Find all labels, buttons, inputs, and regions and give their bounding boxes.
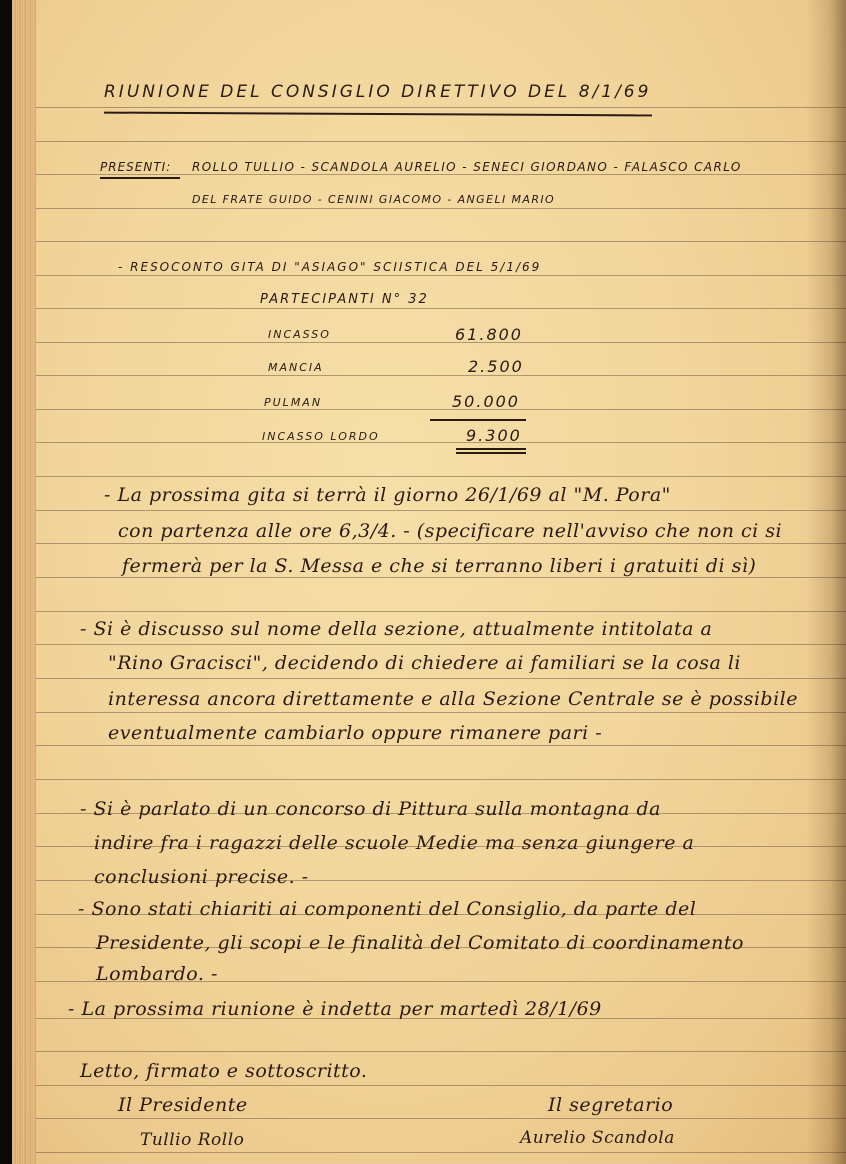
- page-title: Riunione del Consiglio Direttivo del 8/1…: [104, 82, 651, 102]
- closing-statement: Letto, firmato e sottoscritto.: [80, 1060, 367, 1082]
- sum-line: [430, 419, 526, 421]
- ruled-line: [36, 644, 846, 645]
- resoconto-heading: - Resoconto gita di "Asiago" sciistica d…: [118, 260, 541, 274]
- ruled-line: [36, 342, 846, 343]
- presenti-underline: [100, 177, 180, 179]
- total-double-line-2: [456, 452, 526, 454]
- paragraph-pittura-line-1: - Si è parlato di un concorso di Pittura…: [80, 798, 661, 820]
- paragraph-comitato-line-3: Lombardo. -: [96, 963, 218, 985]
- ruled-line: [36, 409, 846, 410]
- president-signature: Tullio Rollo: [140, 1130, 244, 1150]
- paragraph-comitato-line-1: - Sono stati chiariti ai componenti del …: [78, 898, 696, 920]
- presenti-label: Presenti:: [100, 160, 171, 174]
- ruled-line: [36, 241, 846, 242]
- presenti-line-1: Rollo Tullio - Scandola Aurelio - Seneci…: [192, 160, 742, 174]
- paragraph-gita-line-1: - La prossima gita si terrà il giorno 26…: [104, 484, 671, 506]
- ruled-line: [36, 611, 846, 612]
- ledger-label-pulman: Pulman: [264, 396, 322, 409]
- secretary-title: Il segretario: [548, 1094, 673, 1116]
- ruled-line: [36, 476, 846, 477]
- total-double-line-1: [456, 448, 526, 450]
- ledger-label-incasso-lordo: Incasso lordo: [262, 430, 380, 443]
- paragraph-gita-line-2: con partenza alle ore 6,3/4. - (specific…: [118, 520, 782, 542]
- ruled-line: [36, 1051, 846, 1052]
- paragraph-pittura-line-3: conclusioni precise. -: [94, 866, 309, 888]
- paragraph-sezione-line-3: interessa ancora direttamente e alla Sez…: [108, 688, 798, 710]
- ruled-line: [36, 308, 846, 309]
- ledger-value-incasso: 61.800: [455, 325, 523, 344]
- president-title: Il Presidente: [118, 1094, 248, 1116]
- ledger-label-incasso: Incasso: [268, 328, 331, 341]
- presenti-line-2: Del Frate Guido - Cenini Giacomo - Angel…: [192, 193, 555, 206]
- ruled-line: [36, 712, 846, 713]
- ruled-line: [36, 678, 846, 679]
- paragraph-gita-line-3: fermerà per la S. Messa e che si terrann…: [122, 555, 756, 577]
- paragraph-sezione-line-2: "Rino Gracisci", decidendo di chiedere a…: [108, 652, 741, 674]
- paragraph-sezione-line-1: - Si è discusso sul nome della sezione, …: [80, 618, 712, 640]
- paragraph-sezione-line-4: eventualmente cambiarlo oppure rimanere …: [108, 722, 602, 744]
- page-stack-edge: [12, 0, 36, 1164]
- paragraph-pittura-line-2: indire fra i ragazzi delle scuole Medie …: [94, 832, 694, 854]
- ruled-line: [36, 442, 846, 443]
- ruled-line: [36, 1152, 846, 1153]
- paragraph-riunione-line-1: - La prossima riunione è indetta per mar…: [68, 998, 602, 1020]
- ledger-value-mancia: 2.500: [468, 357, 524, 376]
- binding-shadow: [806, 0, 846, 1164]
- partecipanti-count: Partecipanti N° 32: [260, 292, 429, 307]
- ruled-line: [36, 745, 846, 746]
- ruled-line: [36, 510, 846, 511]
- ruled-line: [36, 141, 846, 142]
- ruled-line: [36, 275, 846, 276]
- ruled-line: [36, 174, 846, 175]
- ruled-line: [36, 1118, 846, 1119]
- ruled-line: [36, 375, 846, 376]
- ledger-value-pulman: 50.000: [452, 392, 520, 411]
- ruled-line: [36, 577, 846, 578]
- secretary-signature: Aurelio Scandola: [520, 1128, 675, 1148]
- ruled-line: [36, 1085, 846, 1086]
- ledger-label-mancia: Mancia: [268, 361, 324, 374]
- ruled-line: [36, 543, 846, 544]
- notebook-page: [12, 0, 846, 1164]
- ruled-line: [36, 107, 846, 108]
- ruled-line: [36, 208, 846, 209]
- ledger-value-incasso-lordo: 9.300: [466, 426, 522, 445]
- ruled-line: [36, 779, 846, 780]
- paragraph-comitato-line-2: Presidente, gli scopi e le finalità del …: [96, 932, 744, 954]
